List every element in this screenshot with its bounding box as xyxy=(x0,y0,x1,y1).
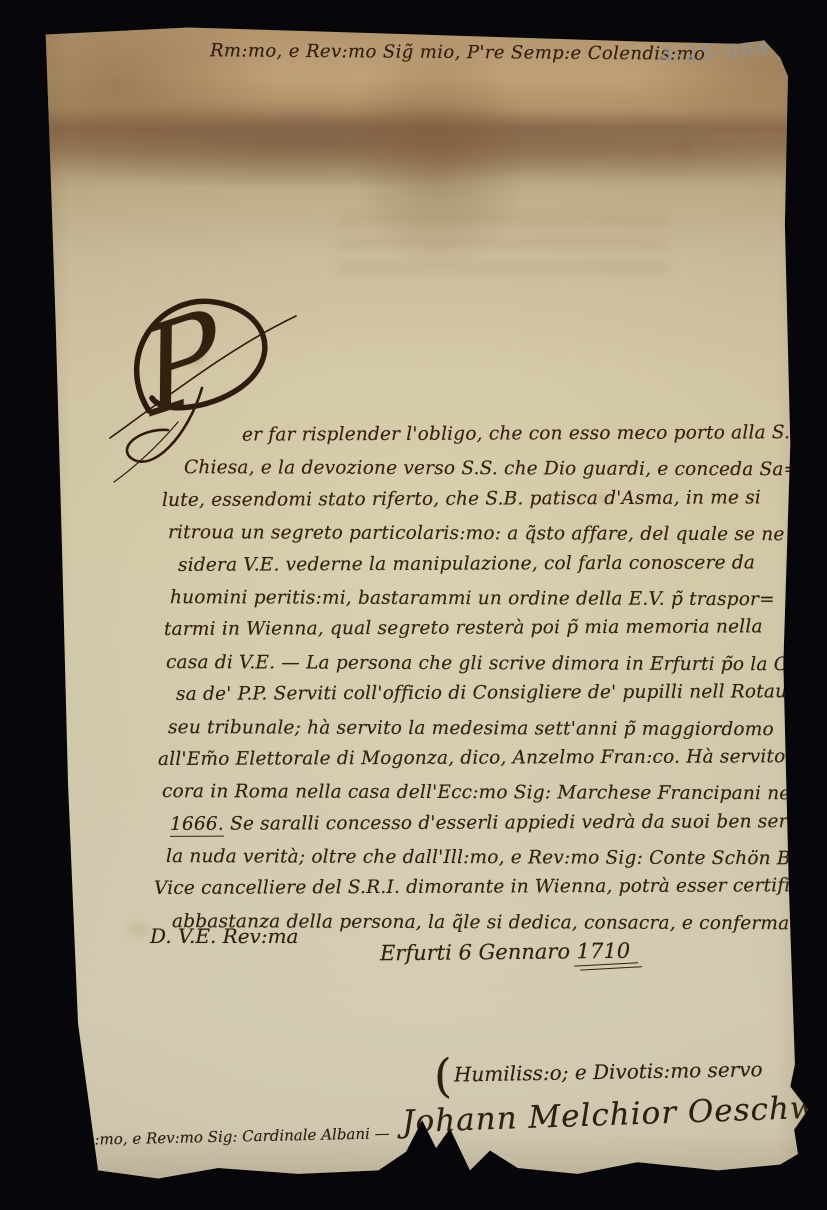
archival-pencil-note: 4-25-064 xyxy=(659,36,772,68)
body-line: sa de' P.P. Serviti coll'officio di Cons… xyxy=(150,676,827,712)
salutation-line: Rm:mo, e Rev:mo Sig̃ mio, P're Semp:e Co… xyxy=(210,40,705,64)
body-line: Vice cancelliere del S.R.I. dimorante in… xyxy=(150,870,827,906)
ink-showthrough xyxy=(338,214,668,284)
body-line: tarmi in Wienna, qual segreto resterà po… xyxy=(150,611,827,647)
courtesy-text: Humiliss:o; e Divotis:mo servo xyxy=(454,1057,763,1086)
double-underlined-year-1710: 1710 xyxy=(577,939,631,964)
manuscript-letter-sheet: Rm:mo, e Rev:mo Sig̃ mio, P're Semp:e Co… xyxy=(38,24,808,1189)
underlined-year-1666: 1666. xyxy=(170,813,224,836)
place-date-text: Erfurti 6 Gennaro xyxy=(380,939,577,965)
letter-body: er far risplender l'obligo, che con esso… xyxy=(150,420,827,938)
body-line: lute, essendomi stato riferto, che S.B. … xyxy=(150,481,827,517)
valediction: D. V.E. Rev:ma xyxy=(150,924,298,948)
body-line: sidera V.E. vederne la manipulazione, co… xyxy=(150,546,827,582)
body-line: er far risplender l'obligo, che con esso… xyxy=(150,417,827,453)
photograph-background: { "colors": { "background": "#07070b", "… xyxy=(0,0,827,1210)
place-and-date-line: Erfurti 6 Gennaro 1710 xyxy=(380,939,630,966)
signature-flourish: ( xyxy=(434,1049,453,1103)
body-line-rest: Se saralli concesso d'esserli appiedi ve… xyxy=(224,811,818,835)
body-line: all'Em̃o Elettorale di Mogonza, dico, An… xyxy=(150,741,827,777)
stain xyxy=(128,924,148,936)
body-line-with-underlined-year: 1666. Se saralli concesso d'esserli appi… xyxy=(150,805,827,841)
stain xyxy=(678,144,692,153)
address-line-cardinal: All' Em:mo, e Rev:mo Sig: Cardinale Alba… xyxy=(40,1124,390,1149)
